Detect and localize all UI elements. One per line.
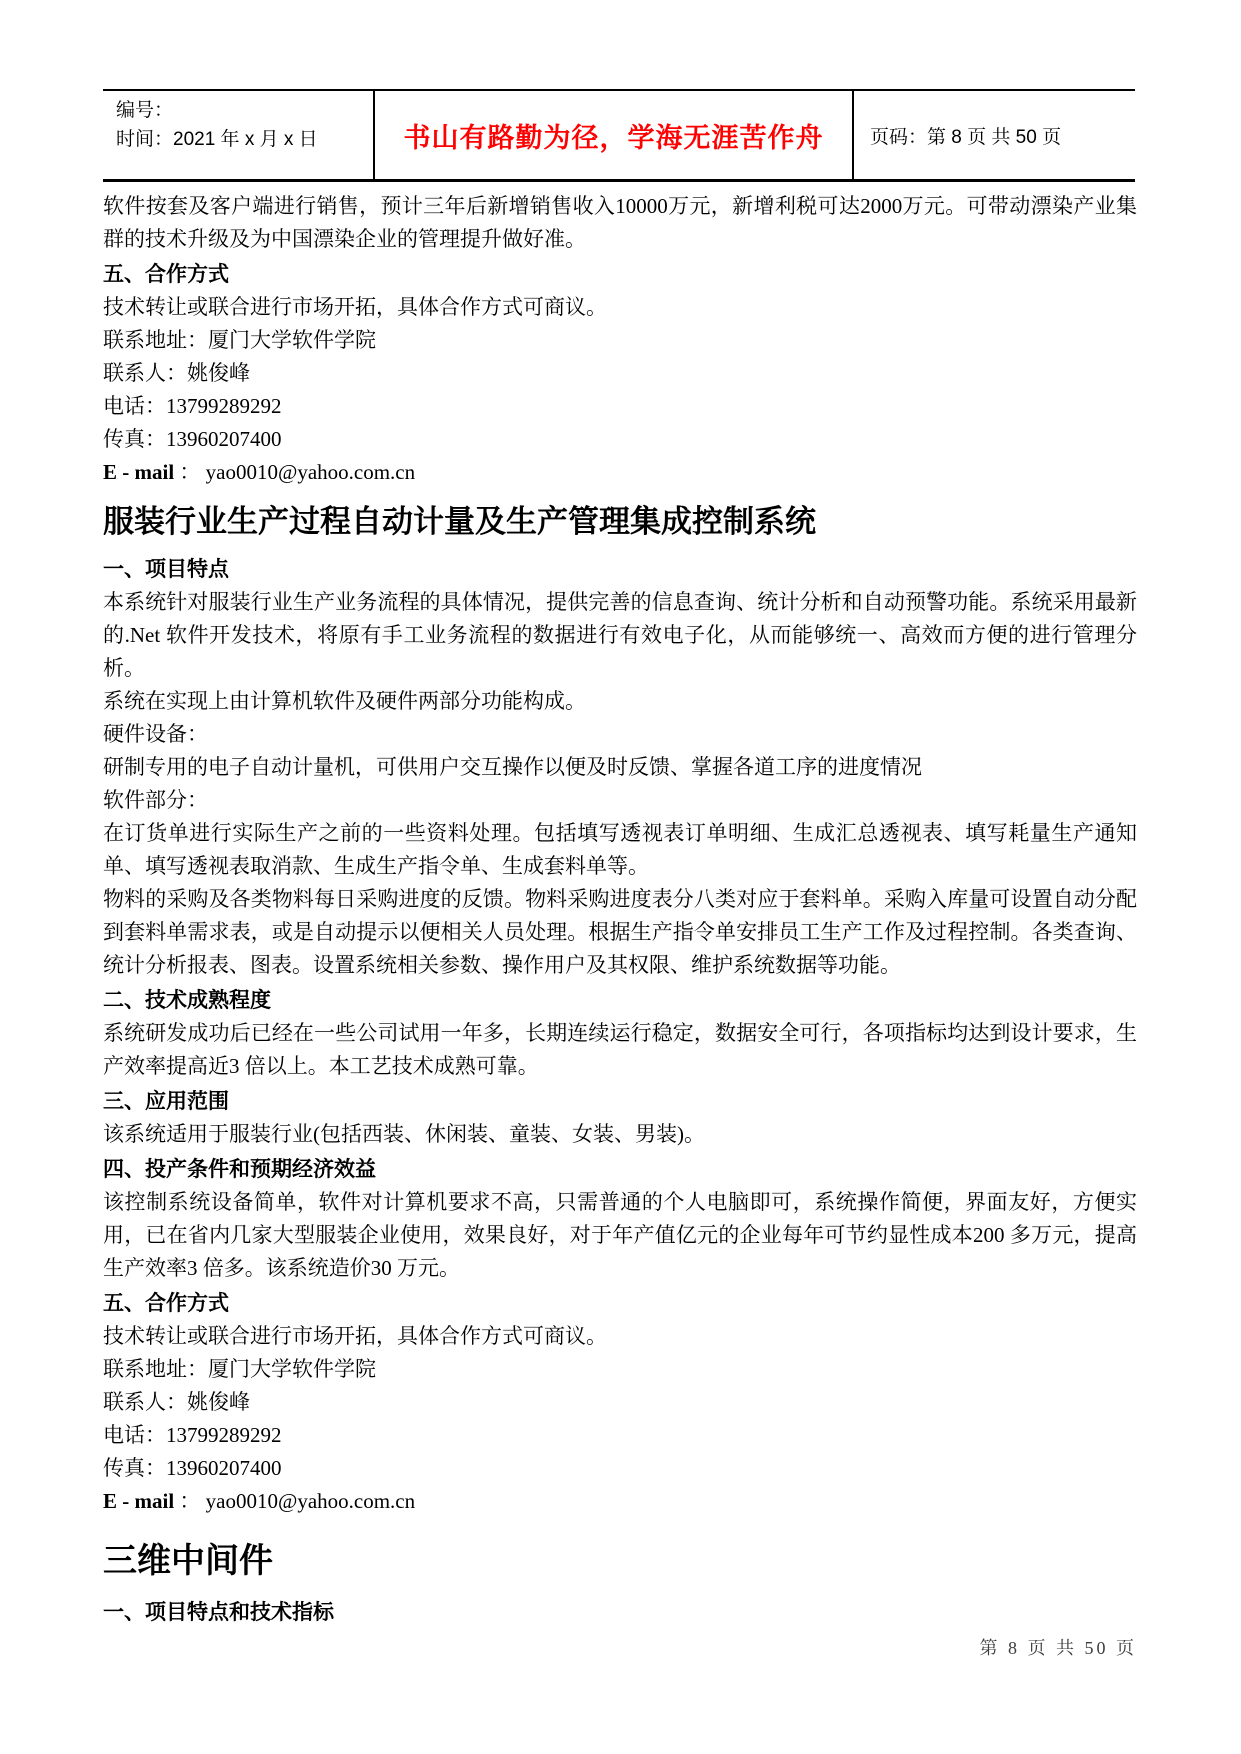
paragraph: 硬件设备： bbox=[103, 718, 1137, 751]
header-slogan: 书山有路勤为径，学海无涯苦作舟 bbox=[404, 116, 824, 155]
header-middle-cell: 书山有路勤为径，学海无涯苦作舟 bbox=[373, 91, 854, 179]
email-address: ： yao0010@yahoo.com.cn bbox=[179, 1489, 415, 1513]
header-right-cell: 页码：第 8 页 共 50 页 bbox=[854, 91, 1135, 179]
paragraph: 联系地址：厦门大学软件学院 bbox=[103, 324, 1137, 357]
paragraph: 技术转让或联合进行市场开拓，具体合作方式可商议。 bbox=[103, 1320, 1137, 1353]
paragraph: 传真：13960207400 bbox=[103, 1452, 1137, 1485]
paragraph: 电话：13799289292 bbox=[103, 390, 1137, 423]
chapter-title: 三维中间件 bbox=[103, 1538, 1137, 1584]
paragraph: 该系统适用于服装行业(包括西装、休闲装、童装、女装、男装)。 bbox=[103, 1118, 1137, 1151]
project-title: 服装行业生产过程自动计量及生产管理集成控制系统 bbox=[103, 501, 1137, 543]
document-date-line: 时间：2021 年 x 月 x 日 bbox=[116, 125, 373, 154]
email-line: E - mail ： yao0010@yahoo.com.cn bbox=[103, 1485, 1137, 1518]
page-footer: 第 8 页 共 50 页 bbox=[980, 1634, 1138, 1660]
paragraph: 物料的采购及各类物料每日采购进度的反馈。物料采购进度表分八类对应于套料单。采购入… bbox=[103, 883, 1137, 982]
paragraph: 联系人：姚俊峰 bbox=[103, 357, 1137, 390]
section-heading: 五、合作方式 bbox=[103, 258, 1137, 291]
document-body: 软件按套及客户端进行销售，预计三年后新增销售收入10000万元，新增利税可达20… bbox=[103, 190, 1137, 1629]
section-heading: 一、项目特点 bbox=[103, 553, 1137, 586]
document-page: 编号： 时间：2021 年 x 月 x 日 书山有路勤为径，学海无涯苦作舟 页码… bbox=[0, 0, 1241, 1754]
section-heading: 四、投产条件和预期经济效益 bbox=[103, 1153, 1137, 1186]
paragraph: 系统在实现上由计算机软件及硬件两部分功能构成。 bbox=[103, 685, 1137, 718]
document-number-label: 编号： bbox=[116, 96, 373, 125]
section-heading: 三、应用范围 bbox=[103, 1085, 1137, 1118]
email-label: E - mail bbox=[103, 460, 179, 484]
email-address: ： yao0010@yahoo.com.cn bbox=[179, 460, 415, 484]
paragraph: 研制专用的电子自动计量机，可供用户交互操作以便及时反馈、掌握各道工序的进度情况 bbox=[103, 751, 1137, 784]
paragraph: 联系人：姚俊峰 bbox=[103, 1386, 1137, 1419]
footer-page-indicator: 第 8 页 共 50 页 bbox=[980, 1638, 1138, 1658]
section-heading: 一、项目特点和技术指标 bbox=[103, 1596, 1137, 1629]
paragraph: 传真：13960207400 bbox=[103, 423, 1137, 456]
paragraph: 电话：13799289292 bbox=[103, 1419, 1137, 1452]
paragraph: 技术转让或联合进行市场开拓，具体合作方式可商议。 bbox=[103, 291, 1137, 324]
paragraph: 本系统针对服装行业生产业务流程的具体情况，提供完善的信息查询、统计分析和自动预警… bbox=[103, 586, 1137, 685]
section-heading: 五、合作方式 bbox=[103, 1287, 1137, 1320]
paragraph: 该控制系统设备简单，软件对计算机要求不高，只需普通的个人电脑即可，系统操作简便，… bbox=[103, 1186, 1137, 1285]
paragraph: 在订货单进行实际生产之前的一些资料处理。包括填写透视表订单明细、生成汇总透视表、… bbox=[103, 817, 1137, 883]
header-page-info: 页码：第 8 页 共 50 页 bbox=[870, 122, 1061, 149]
section-heading: 二、技术成熟程度 bbox=[103, 984, 1137, 1017]
header-left-cell: 编号： 时间：2021 年 x 月 x 日 bbox=[103, 91, 373, 179]
paragraph: 软件按套及客户端进行销售，预计三年后新增销售收入10000万元，新增利税可达20… bbox=[103, 190, 1137, 256]
email-label: E - mail bbox=[103, 1489, 179, 1513]
paragraph: 联系地址：厦门大学软件学院 bbox=[103, 1353, 1137, 1386]
paragraph: 软件部分： bbox=[103, 784, 1137, 817]
page-header-table: 编号： 时间：2021 年 x 月 x 日 书山有路勤为径，学海无涯苦作舟 页码… bbox=[103, 89, 1135, 182]
paragraph: 系统研发成功后已经在一些公司试用一年多，长期连续运行稳定，数据安全可行，各项指标… bbox=[103, 1017, 1137, 1083]
email-line: E - mail ： yao0010@yahoo.com.cn bbox=[103, 456, 1137, 489]
